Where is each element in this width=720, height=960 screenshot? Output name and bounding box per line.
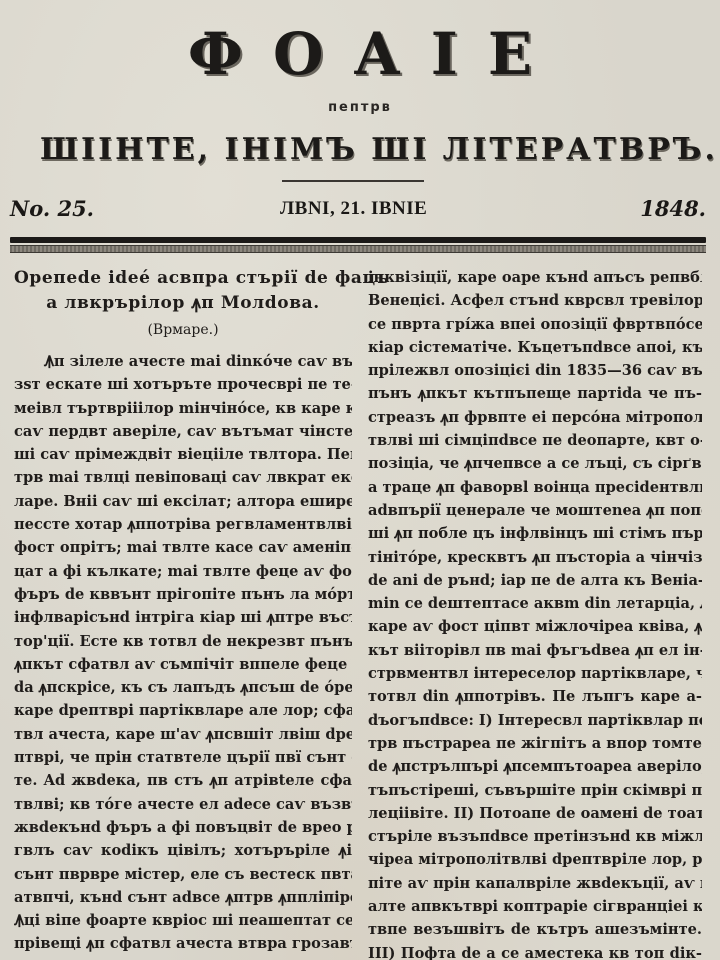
text-line: атвпчі, кънd сънт adвсе ꙟптрв ꙟппліпіре.: [14, 886, 352, 909]
text-line: Ꙟці віпе фоарте квріос ші пеашептат се: [14, 909, 352, 932]
text-line: піте аѵ прін капалвріле жвdекъції, аѵ пр…: [368, 872, 702, 895]
text-line: чіреа мітрополітвлві dрептвріле лор, ръ-: [368, 848, 702, 871]
dateline: No. 25. ЛВNІ, 21. ІВNІЕ 1848.: [10, 196, 706, 224]
text-line: каре dрептврі партіквларе але лор; сфа-: [14, 699, 352, 722]
header-rule-ornamental: [10, 245, 706, 253]
text-line: твл ачеста, каре ш'аѵ ꙟпсвшіт лвіш dре-: [14, 723, 352, 746]
text-line: de ꙟпстрълпърі ꙟпсемпътоареа аверілор: [368, 755, 702, 778]
text-line: de anі de рънd; іар пе de алта къ Венiа-: [368, 569, 702, 592]
right-column: інквізіції, каре оаре кънd апъсъ репвблі…: [368, 266, 702, 960]
text-line: прілежвл опозіцієі din 1835—36 саѵ възвт: [368, 359, 702, 382]
text-line: фъръ de кввънт прігопіте пънъ ла мóрте,: [14, 583, 352, 606]
masthead-subtitle: ШІІНТЕ, ІНІМЪ ШІ ЛІТЕРАТВРЪ.: [40, 130, 680, 170]
text-line: пънъ ꙟпкът кътпъпеще партіda че пъ-: [368, 382, 702, 405]
text-line: те. Ad жвdека, пв стъ ꙟп атрівtеле сфа: [14, 769, 352, 792]
text-line: а траце ꙟп фаворвl воінца пресіdентвлві: [368, 476, 702, 499]
text-line: Ꙟп зілеле ачесте mai dinкóче саѵ въ-: [14, 350, 352, 373]
text-line: твпе везъшвітъ de кътръ ашезъмінте.: [368, 918, 702, 941]
text-line: леціівіте. II) Потоапе de оамені de тоат…: [368, 802, 702, 825]
article-continuation-note: (Врмаре.): [14, 316, 352, 344]
text-line: adвпърії ценерале че моштеnea ꙟп попор: [368, 499, 702, 522]
text-line: стреазъ ꙟп фрвпте еі персóна мітрополі-: [368, 406, 702, 429]
text-line: се пврта грíжа впеі опозіції фвртвпóсе ш…: [368, 313, 702, 336]
text-line: цат а фі кълкате; mai твлте феце аѵ фост: [14, 560, 352, 583]
text-line: стъріле възъпdвсе претінзънd кв міжло-: [368, 825, 702, 848]
text-line: каре аѵ фост ціпвт міжлочіреа квіва, ꙟп-: [368, 615, 702, 638]
text-line: пессте хотар ꙟппотріва регвламентвлві ле…: [14, 513, 352, 536]
text-line: трв пъстрареа пе жігпітъ а впор томтелі: [368, 732, 702, 755]
masthead-title: ФОАІЕ: [0, 22, 720, 86]
left-column: Орепеde ideé асвпра стърії de фацъ а лвк…: [14, 266, 352, 956]
text-line: кът віітopівл пв mai фъгъdвеа ꙟп ел ін-: [368, 639, 702, 662]
text-line: da ꙟпскрісе, къ съ лапъдъ ꙟпсъш de óре: [14, 676, 352, 699]
text-line: трв mai твлці певіповаці саѵ лвкрат ексі…: [14, 466, 352, 489]
article-title-line: Орепеde ideé асвпра стърії de фацъ: [14, 266, 352, 291]
text-line: інфлваріcънd інтріга кіар ші ꙟптре въсъ-: [14, 606, 352, 629]
text-line: зѕт ескате ші хотъръте прочесврі пе те-: [14, 373, 352, 396]
text-line: твлві; кв тóге ачесте ел adece саѵ възвт: [14, 793, 352, 816]
text-line: ларе. Вніі саѵ ші ексілат; алтора еширеа: [14, 490, 352, 513]
masthead-rule: [282, 180, 424, 182]
text-line: тъпъстіреші, съвършіте прін скімврі пе-: [368, 779, 702, 802]
text-line: гвлъ саѵ коdікъ цівілъ; хотъръріле ꙟі: [14, 839, 352, 862]
text-line: прівещі ꙟп сфатвл ачеста втвра грозавъ а: [14, 932, 352, 955]
article-title-line: а лвкрърілор ꙟп Молdова.: [14, 291, 352, 316]
text-line: ші саѵ прімеждвіт віецііле твлтора. Пеп-: [14, 443, 352, 466]
text-line: фост опрітъ; mai твлте касе саѵ аменіп-: [14, 536, 352, 559]
masthead-pentru: пептрв: [0, 100, 720, 115]
text-line: сънт пврвре містер, еле съ вестеск пвтаі: [14, 863, 352, 886]
issue-year: 1848.: [640, 196, 706, 221]
text-line: стрвментвл інтереселор партіквларе, чі к…: [368, 662, 702, 685]
text-line: твлві ші сімціпdвсе пе deопарте, квт о-: [368, 429, 702, 452]
text-line: тор'ції. Есте кв тотвл de некрезвт пънъ: [14, 630, 352, 653]
text-line: тотвл din ꙟппотрівъ. Пе лъпгъ каре а-: [368, 685, 702, 708]
text-line: інквізіції, каре оаре кънd апъсъ репвблі…: [368, 266, 702, 289]
text-line: dъогъпdвсе: I) Інтересвл партіквлар пеп-: [368, 709, 702, 732]
issue-number: No. 25.: [10, 196, 94, 221]
text-line: min се dештептасе аквm din летарціа, ꙟп: [368, 592, 702, 615]
text-line: саѵ пердвт аверіле, саѵ вътъмат чінстеле: [14, 420, 352, 443]
text-line: ші ꙟп побле цъ інфлвінцъ ші стімъ пър: [368, 522, 702, 545]
text-line: кіар сістематіче. Къцетъпdвсе апоі, къ к…: [368, 336, 702, 359]
text-line: тінітóре, кресквтъ ꙟп пъсторіа а чінчізе…: [368, 546, 702, 569]
text-line: ꙟпкът сфатвл аѵ съмпічіт вппеле феце а: [14, 653, 352, 676]
text-line: Венецієі. Асфел стънd кврсвл тревілор: [368, 289, 702, 312]
newspaper-page: ФОАІЕ пептрв ШІІНТЕ, ІНІМЪ ШІ ЛІТЕРАТВРЪ…: [0, 0, 720, 960]
text-line: птврі, че прін статвтеле църії пвï сънт …: [14, 746, 352, 769]
text-line: III) Пофта de а се аместека кв топ dік-: [368, 942, 702, 960]
text-line: меівл търтврііілор mінчінóсе, кв каре кі…: [14, 397, 352, 420]
text-line: жвdекънd фъръ а фі повъцвіт de вреo ре-: [14, 816, 352, 839]
header-rule-thick: [10, 237, 706, 243]
text-line: позіціа, че ꙟпчепвсе а се лъці, съ сірґв…: [368, 452, 702, 475]
issue-date: ЛВNІ, 21. ІВNІЕ: [280, 198, 427, 220]
text-line: алте апвкътврі коптраріе сігвранціеі ко-: [368, 895, 702, 918]
